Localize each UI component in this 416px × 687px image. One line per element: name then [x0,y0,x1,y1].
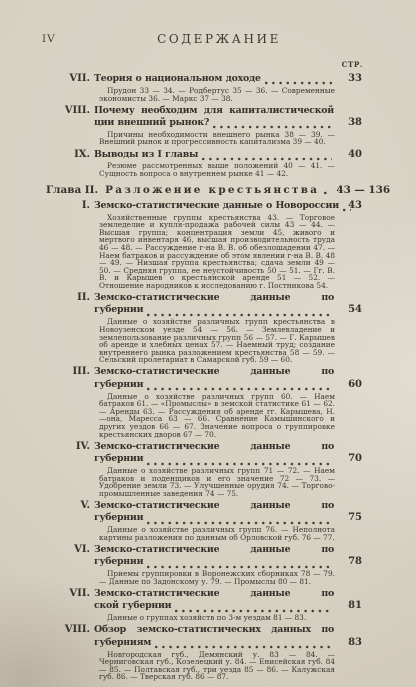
entry-title-line: Обзор земско-статистических данных по др… [94,624,334,636]
entry-title: Земско-статистические данные по Воронежс… [94,544,334,569]
entry-summary: Данные о хозяйстве различных групп крест… [99,318,335,364]
toc-entry-row: II. Земско-статистические данные по Сама… [46,292,362,317]
entry-page-number: 54 [334,304,362,316]
chapter-title: Разложение крестьянства [105,184,319,196]
entry-title-line: Выводы из I главы [94,149,334,161]
toc-entry-row: V. Земско-статистические данные по Орлов… [46,500,362,525]
entry-title-text: губернии [94,379,143,391]
entry-number: VIII. [46,624,94,636]
toc-entry: II. Земско-статистические данные по Сама… [46,292,362,364]
chapter-page-range: 43 — 136 [336,184,390,196]
page-column-label: СТР. [342,60,363,69]
toc-entry-row: VI. Земско-статистические данные по Воро… [46,544,362,569]
toc-entry-row: VII. Теория о национальном доходе 33 [46,73,362,85]
entry-title-line: Земско-статистические данные по Пермской [94,441,334,453]
toc-entry-row: VII. Земско-статистические данные по Ниж… [46,588,362,613]
entry-page-number: 75 [334,512,362,524]
entry-title-line: губернии [94,556,334,568]
entry-number: I. [46,200,94,212]
entry-title-text: Выводы из I главы [94,149,198,161]
toc-entry: I. Земско-статистические данные о Новоро… [46,200,362,290]
dot-leader [147,560,332,569]
entry-page-number: 33 [334,73,362,85]
dot-leader [202,152,332,161]
entry-title-text: губернии [94,304,143,316]
entry-number: VI. [46,544,94,556]
entry-page-number: 70 [334,453,362,465]
entry-number: II. [46,292,94,304]
chapter-label: Глава II. [46,184,98,196]
entry-title: Земско-статистические данные по Нижегоро… [94,588,334,613]
dot-leader [147,308,332,317]
dot-leader [265,76,332,85]
toc-entry: VIII. Почему необходим для капиталистиче… [46,105,362,146]
toc-entry: VI. Земско-статистические данные по Воро… [46,544,362,585]
entry-summary: Данные о хозяйстве различных групп 60. —… [99,393,335,439]
dot-leader [175,604,332,613]
entry-summary: Причины необходимости внешнего рынка 38 … [99,131,335,146]
entry-title-text: Теория о национальном доходе [94,73,261,85]
entry-title-line: Земско-статистические данные по Воронежс… [94,544,334,556]
dot-leader [147,457,332,466]
entry-page-number: 38 [334,117,362,129]
entry-title-line: губернии [94,379,334,391]
entry-page-number: 81 [334,600,362,612]
entry-summary: Данные о хозяйстве различных групп 76. —… [99,526,335,541]
toc-entry: IV. Земско-статистические данные по Перм… [46,441,362,498]
entry-summary: Данные о группах хозяйств по 3-м уездам … [99,614,335,622]
entry-page-number: 83 [334,637,362,649]
entry-title-line: ции внешний рынок? [94,117,334,129]
entry-summary: Данные о хозяйстве различных групп 71 — … [99,467,335,497]
toc-entry: IX. Выводы из I главы 40 Резюме рассмотр… [46,149,362,178]
entry-title: Обзор земско-статистических данных по др… [94,624,334,649]
entry-title-line: Почему необходим для капиталистической н… [94,105,334,117]
entry-title: Выводы из I главы [94,149,334,161]
entry-title-line: Земско-статистические данные по Орловско… [94,500,334,512]
entry-number: VIII. [46,105,94,117]
entry-title-line: Земско-статистические данные по Нижегоро… [94,588,334,600]
entry-title: Земско-статистические данные по Самарско… [94,292,334,317]
entry-page-number: 43 [334,200,362,212]
toc-entry-row: I. Земско-статистические данные о Новоро… [46,200,362,212]
entry-title: Земско-статистические данные по Орловско… [94,500,334,525]
scanned-book-page: { "page": { "folio": "IV", "header_title… [0,0,416,687]
entry-title-line: губернии [94,512,334,524]
entry-title-line: Земско-статистические данные о Новоросси… [94,200,334,212]
entry-number: IX. [46,149,94,161]
toc-entry-row: IX. Выводы из I главы 40 [46,149,362,161]
entry-title-text: губернии [94,556,143,568]
entry-title-text: губерниям [94,637,151,649]
entry-title-text: губернии [94,453,143,465]
entry-summary: Приемы группировки в Воронежских сборник… [99,570,335,585]
entry-summary: Новгородская губ., Демянский у. 83 — 84.… [99,651,335,681]
dot-leader [324,186,332,195]
page-title: СОДЕРЖАНИЕ [11,32,416,46]
entry-title: Земско-статистические данные по Пермской… [94,441,334,466]
toc-chapter-row: Глава II. Разложение крестьянства 43 — 1… [46,184,362,196]
entry-title-text: ции внешний рынок? [94,117,209,129]
toc-list: VII. Теория о национальном доходе 33 Пру… [46,73,362,683]
entry-summary: Хозяйственные группы крестьянства 43. — … [99,214,335,290]
entry-number: III. [46,366,94,378]
toc-entry: III. Земско-статистические данные по Сар… [46,366,362,438]
entry-title: Земско-статистические данные по Саратовс… [94,366,334,391]
entry-title-line: губернии [94,304,334,316]
toc-entry-row: IV. Земско-статистические данные по Перм… [46,441,362,466]
entry-number: V. [46,500,94,512]
entry-title: Теория о национальном доходе [94,73,334,85]
entry-title-line: Теория о национальном доходе [94,73,334,85]
entry-number: IV. [46,441,94,453]
entry-title-text: губернии [94,512,143,524]
entry-title: Почему необходим для капиталистической н… [94,105,334,130]
entry-page-number: 78 [334,556,362,568]
dot-leader [155,640,332,649]
toc-entry: VII. Теория о национальном доходе 33 Пру… [46,73,362,102]
entry-title-text: ской губернии [94,600,171,612]
toc-entry-row: VIII. Почему необходим для капиталистиче… [46,105,362,130]
entry-title: Земско-статистические данные о Новоросси… [94,200,334,212]
toc-entry-row: VIII. Обзор земско-статистических данных… [46,624,362,649]
entry-page-number: 60 [334,379,362,391]
toc-entry: VIII. Обзор земско-статистических данных… [46,624,362,681]
entry-title-line: Земско-статистические данные по Самарско… [94,292,334,304]
entry-title-line: Земско-статистические данные по Саратовс… [94,366,334,378]
entry-page-number: 40 [334,149,362,161]
entry-number: VII. [46,73,94,85]
toc-entry: VII. Земско-статистические данные по Ниж… [46,588,362,622]
entry-title-line: губерниям [94,637,334,649]
toc-entry-row: III. Земско-статистические данные по Сар… [46,366,362,391]
entry-summary: Резюме рассмотренных выше положений 40 —… [99,162,335,177]
toc-entry: V. Земско-статистические данные по Орлов… [46,500,362,541]
dot-leader [147,516,332,525]
entry-title-line: губернии [94,453,334,465]
dot-leader [213,120,332,129]
entry-summary: Прудон 33 — 34. — Родбертус 35 — 36. — С… [99,87,335,102]
entry-title-line: ской губернии [94,600,334,612]
entry-number: VII. [46,588,94,600]
dot-leader [147,382,332,391]
entry-title-text: Земско-статистические данные о Новоросси… [94,200,339,212]
